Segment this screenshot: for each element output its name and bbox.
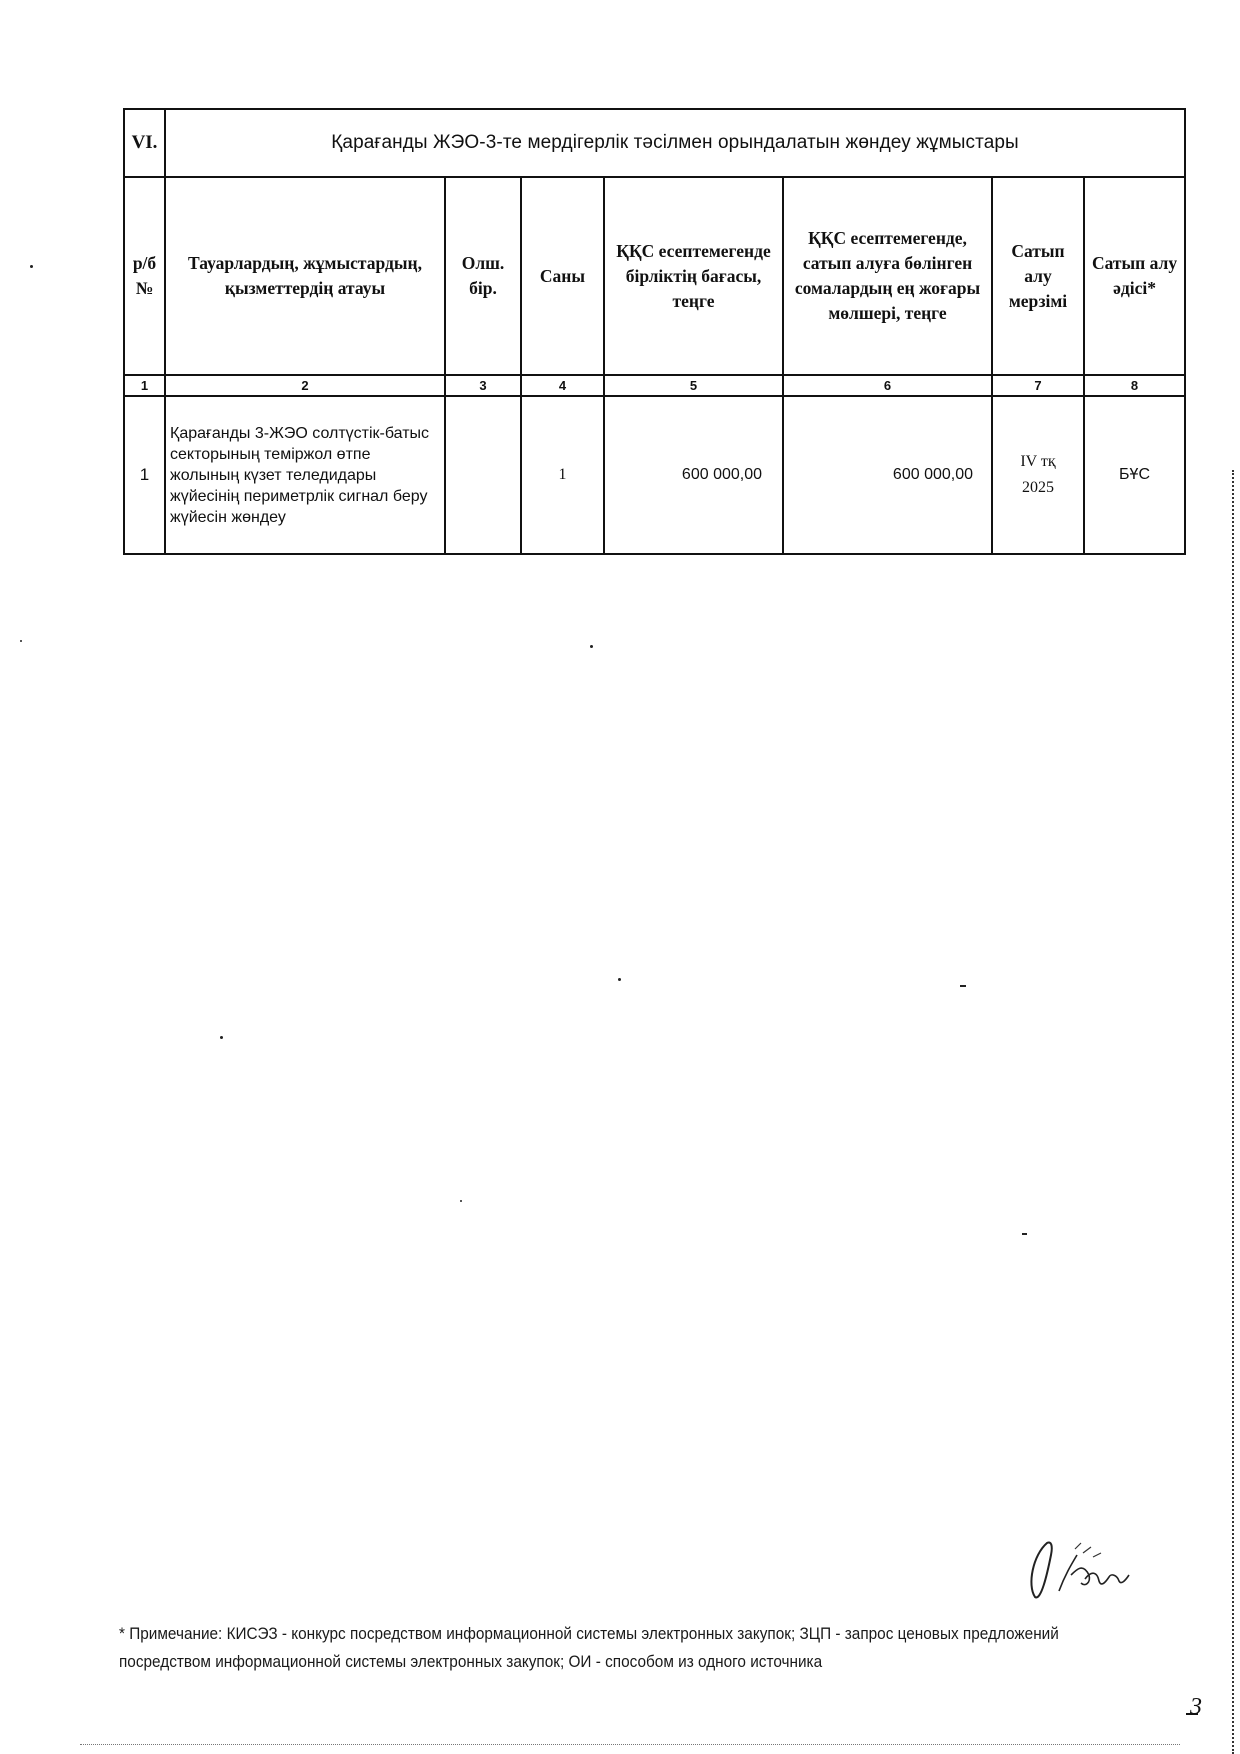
header-name: Тауарлардың, жұмыстардың, қызметтердің а… [165, 177, 445, 375]
page-number: 3 [1190, 1694, 1202, 1721]
header-unit: Олш. бір. [445, 177, 521, 375]
header-unit-price: ҚҚС есептемегенде бірліктің бағасы, теңг… [604, 177, 783, 375]
header-period: Сатып алу мерзімі [992, 177, 1084, 375]
scan-speck [460, 1200, 462, 1202]
scan-speck [590, 645, 593, 648]
row-quantity: 1 [521, 396, 604, 554]
header-max-amount: ҚҚС есептемегенде, сатып алуға бөлінген … [783, 177, 992, 375]
row-period: IV тқ 2025 [992, 396, 1084, 554]
footnote: * Примечание: КИСЭЗ - конкурс посредство… [119, 1620, 1077, 1676]
scan-speck [1022, 1233, 1027, 1235]
row-index: 1 [124, 396, 165, 554]
column-number: 8 [1084, 375, 1185, 396]
procurement-table: VI. Қарағанды ЖЭО-3-те мердігерлік тәсіл… [123, 108, 1186, 555]
header-method: Сатып алу әдісі* [1084, 177, 1185, 375]
column-number-row: 1 2 3 4 5 6 7 8 [124, 375, 1185, 396]
row-method: БҰС [1084, 396, 1185, 554]
column-number: 2 [165, 375, 445, 396]
scan-speck [20, 640, 22, 642]
document-page: VI. Қарағанды ЖЭО-3-те мердігерлік тәсіл… [0, 0, 1240, 1754]
column-number: 6 [783, 375, 992, 396]
column-number: 7 [992, 375, 1084, 396]
row-unit-price: 600 000,00 [604, 396, 783, 554]
section-number: VI. [124, 109, 165, 177]
row-unit [445, 396, 521, 554]
header-index: р/б № [124, 177, 165, 375]
scan-speck [618, 978, 621, 981]
signature-icon [1025, 1535, 1135, 1605]
scan-speck [220, 1036, 223, 1039]
scan-speck [30, 265, 33, 268]
scan-speck [960, 985, 966, 987]
table-header-row: р/б № Тауарлардың, жұмыстардың, қызметте… [124, 177, 1185, 375]
column-number: 1 [124, 375, 165, 396]
row-max-amount: 600 000,00 [783, 396, 992, 554]
scan-edge-line [1232, 470, 1234, 1754]
column-number: 3 [445, 375, 521, 396]
row-name: Қарағанды 3-ЖЭО солтүстік-батыс секторын… [165, 396, 445, 554]
table-row: 1 Қарағанды 3-ЖЭО солтүстік-батыс сектор… [124, 396, 1185, 554]
column-number: 5 [604, 375, 783, 396]
column-number: 4 [521, 375, 604, 396]
section-title: Қарағанды ЖЭО-3-те мердігерлік тәсілмен … [165, 109, 1185, 177]
section-title-row: VI. Қарағанды ЖЭО-3-те мердігерлік тәсіл… [124, 109, 1185, 177]
header-quantity: Саны [521, 177, 604, 375]
scan-edge-line [80, 1744, 1180, 1745]
